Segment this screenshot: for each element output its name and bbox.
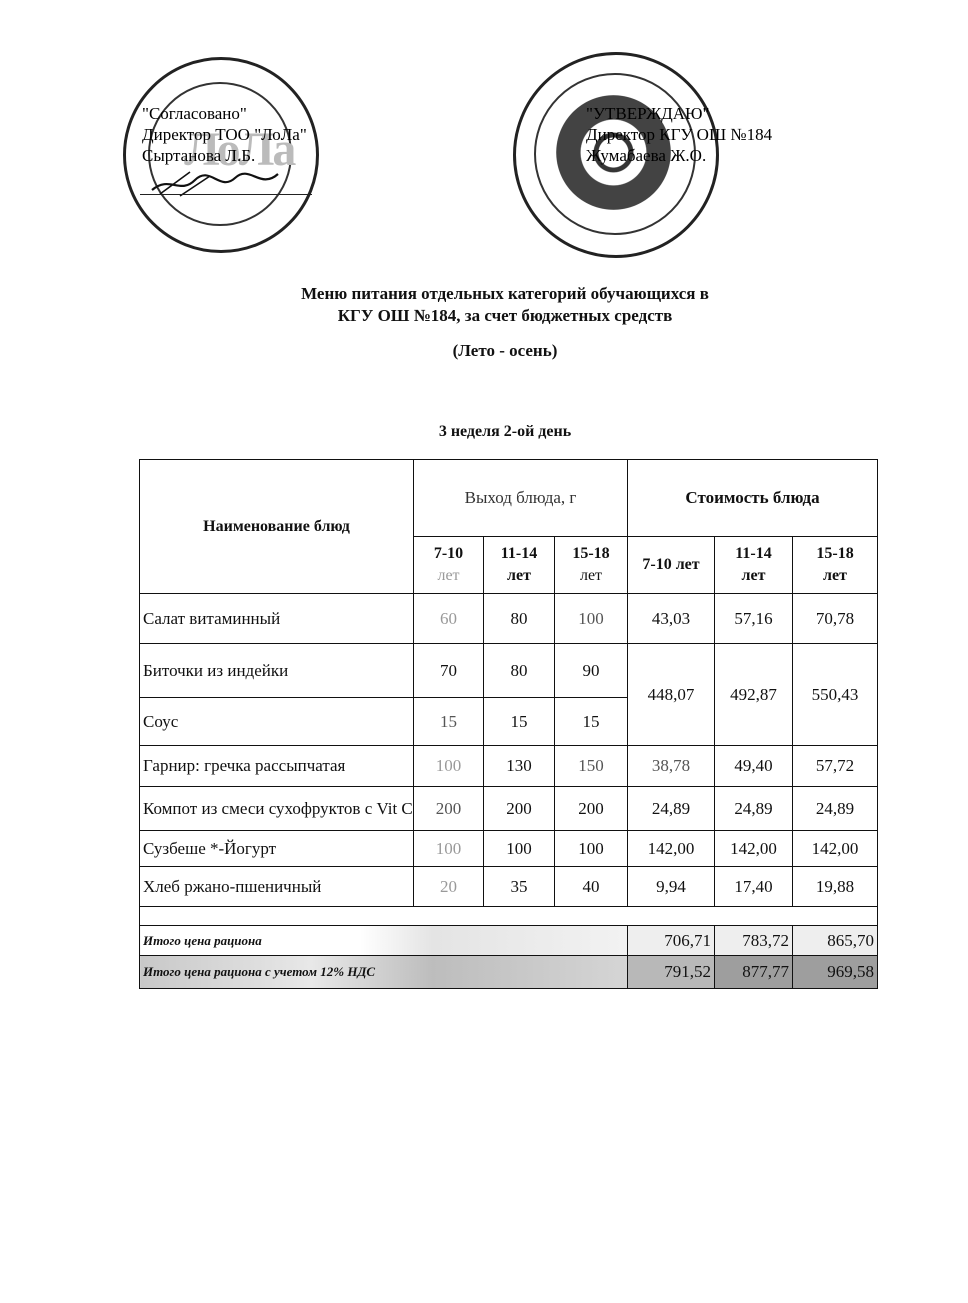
yield-age-7-10: 7-10лет bbox=[414, 537, 484, 594]
total-value: 865,70 bbox=[793, 926, 878, 956]
cost-value: 24,89 bbox=[628, 787, 715, 831]
cost-value: 142,00 bbox=[793, 831, 878, 867]
cost-value: 9,94 bbox=[628, 867, 715, 907]
dish-name: Биточки из индейки bbox=[140, 644, 414, 698]
column-group-cost: Стоимость блюда bbox=[628, 460, 878, 537]
total-value: 783,72 bbox=[715, 926, 793, 956]
cost-value: 550,43 bbox=[793, 644, 878, 746]
cost-value: 492,87 bbox=[715, 644, 793, 746]
document-title-line2: КГУ ОШ №184, за счет бюджетных средств bbox=[0, 306, 968, 326]
approval-block-left: "Согласовано" Директор ТОО "ЛоЛа" Сыртан… bbox=[142, 103, 307, 166]
total-row: Итого цена рациона 706,71 783,72 865,70 bbox=[140, 926, 878, 956]
dish-name: Салат витаминный bbox=[140, 594, 414, 644]
approval-right-person: Жумабаева Ж.О. bbox=[586, 145, 772, 166]
approval-left-heading: "Согласовано" bbox=[142, 103, 307, 124]
empty-row bbox=[140, 907, 878, 926]
yield-value: 80 bbox=[484, 594, 555, 644]
yield-value: 150 bbox=[555, 746, 628, 787]
yield-value: 60 bbox=[414, 594, 484, 644]
total-vat-row: Итого цена рациона с учетом 12% НДС 791,… bbox=[140, 956, 878, 989]
table-row: Сузбеше *-Йогурт 100 100 100 142,00 142,… bbox=[140, 831, 878, 867]
total-label: Итого цена рациона bbox=[140, 926, 628, 956]
yield-value: 90 bbox=[555, 644, 628, 698]
cost-age-11-14: 11-14лет bbox=[715, 537, 793, 594]
cost-age-15-18: 15-18лет bbox=[793, 537, 878, 594]
document-title-line1: Меню питания отдельных категорий обучающ… bbox=[0, 284, 968, 304]
total-vat-value: 791,52 bbox=[628, 956, 715, 989]
dish-name: Хлеб ржано-пшеничный bbox=[140, 867, 414, 907]
dish-name: Соус bbox=[140, 698, 414, 746]
yield-value: 100 bbox=[414, 746, 484, 787]
approval-right-heading: "УТВЕРЖДАЮ" bbox=[586, 103, 772, 124]
yield-value: 130 bbox=[484, 746, 555, 787]
yield-value: 80 bbox=[484, 644, 555, 698]
cost-value: 57,16 bbox=[715, 594, 793, 644]
table-row: Салат витаминный 60 80 100 43,03 57,16 7… bbox=[140, 594, 878, 644]
menu-table: Наименование блюд Выход блюда, г Стоимос… bbox=[139, 459, 878, 989]
cost-value: 142,00 bbox=[715, 831, 793, 867]
cost-value: 38,78 bbox=[628, 746, 715, 787]
yield-value: 15 bbox=[555, 698, 628, 746]
yield-value: 100 bbox=[555, 831, 628, 867]
cost-age-7-10: 7-10 лет bbox=[628, 537, 715, 594]
spacer-row bbox=[140, 907, 878, 926]
total-vat-value: 969,58 bbox=[793, 956, 878, 989]
yield-age-15-18: 15-18лет bbox=[555, 537, 628, 594]
yield-age-11-14: 11-14лет bbox=[484, 537, 555, 594]
cost-value: 24,89 bbox=[793, 787, 878, 831]
total-vat-label: Итого цена рациона с учетом 12% НДС bbox=[140, 956, 628, 989]
cost-value: 43,03 bbox=[628, 594, 715, 644]
week-day-label: 3 неделя 2-ой день bbox=[0, 423, 968, 441]
cost-value: 448,07 bbox=[628, 644, 715, 746]
approval-right-position: Директор КГУ ОШ №184 bbox=[586, 124, 772, 145]
approval-left-position: Директор ТОО "ЛоЛа" bbox=[142, 124, 307, 145]
cost-value: 24,89 bbox=[715, 787, 793, 831]
approval-left-person: Сыртанова Л.Б. bbox=[142, 145, 307, 166]
yield-value: 15 bbox=[414, 698, 484, 746]
column-header-dish-name: Наименование блюд bbox=[140, 460, 414, 594]
yield-value: 100 bbox=[484, 831, 555, 867]
yield-value: 100 bbox=[414, 831, 484, 867]
column-group-yield: Выход блюда, г bbox=[414, 460, 628, 537]
table-row: Биточки из индейки 70 80 90 448,07 492,8… bbox=[140, 644, 878, 698]
yield-value: 20 bbox=[414, 867, 484, 907]
yield-value: 40 bbox=[555, 867, 628, 907]
cost-value: 17,40 bbox=[715, 867, 793, 907]
yield-value: 200 bbox=[555, 787, 628, 831]
season-label: (Лето - осень) bbox=[0, 341, 968, 361]
total-vat-value: 877,77 bbox=[715, 956, 793, 989]
table-row: Гарнир: гречка рассыпчатая 100 130 150 3… bbox=[140, 746, 878, 787]
table-row: Хлеб ржано-пшеничный 20 35 40 9,94 17,40… bbox=[140, 867, 878, 907]
table-row: Компот из смеси сухофруктов с Vit C 200 … bbox=[140, 787, 878, 831]
dish-name: Сузбеше *-Йогурт bbox=[140, 831, 414, 867]
approval-block-right: "УТВЕРЖДАЮ" Директор КГУ ОШ №184 Жумабае… bbox=[586, 103, 772, 166]
yield-value: 15 bbox=[484, 698, 555, 746]
cost-value: 142,00 bbox=[628, 831, 715, 867]
dish-name: Компот из смеси сухофруктов с Vit C bbox=[140, 787, 414, 831]
cost-value: 19,88 bbox=[793, 867, 878, 907]
cost-value: 57,72 bbox=[793, 746, 878, 787]
total-value: 706,71 bbox=[628, 926, 715, 956]
yield-value: 35 bbox=[484, 867, 555, 907]
yield-value: 200 bbox=[484, 787, 555, 831]
cost-value: 49,40 bbox=[715, 746, 793, 787]
dish-name: Гарнир: гречка рассыпчатая bbox=[140, 746, 414, 787]
yield-value: 70 bbox=[414, 644, 484, 698]
yield-value: 100 bbox=[555, 594, 628, 644]
cost-value: 70,78 bbox=[793, 594, 878, 644]
yield-value: 200 bbox=[414, 787, 484, 831]
signature-line bbox=[140, 194, 312, 195]
